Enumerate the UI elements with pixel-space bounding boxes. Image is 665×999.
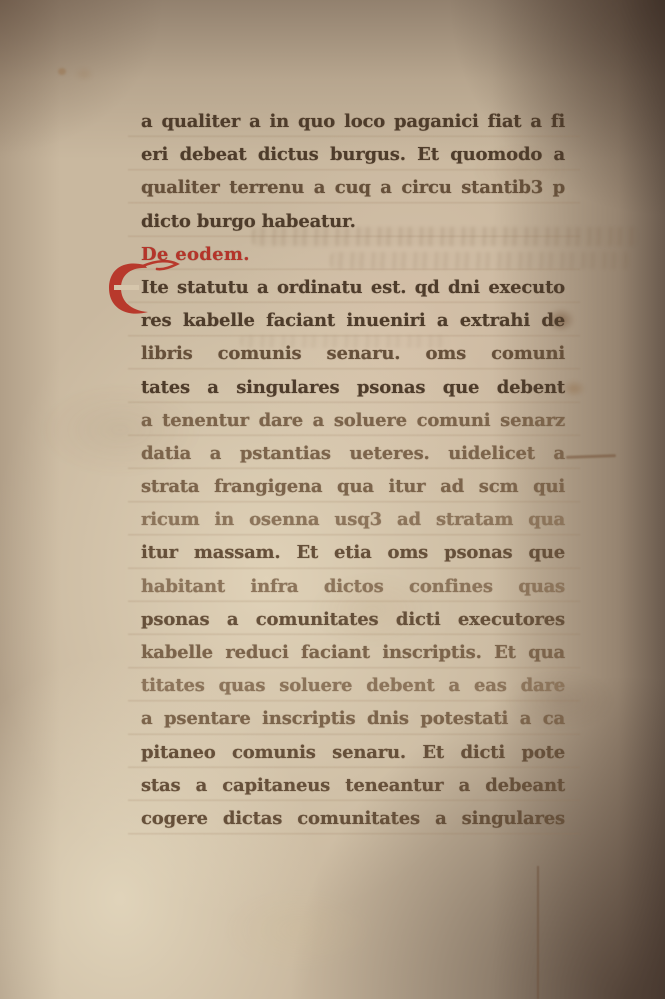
- manuscript-line: qualiter terrenu a cuq a circu stantib3 …: [141, 171, 565, 204]
- manuscript-line: itur massam. Et etia oms psonas que: [141, 536, 565, 569]
- manuscript-line: datia a pstantias ueteres. uidelicet a: [141, 437, 565, 470]
- manuscript-line: dicto burgo habeatur.: [141, 205, 565, 238]
- vertical-ruling-scratch: [537, 866, 539, 999]
- manuscript-line: kabelle reduci faciant inscriptis. Et qu…: [141, 636, 565, 669]
- manuscript-line: pitaneo comunis senaru. Et dicti pote: [141, 736, 565, 769]
- manuscript-photo: a qualiter a in quo loco paganici fiat a…: [0, 0, 665, 999]
- manuscript-line: tates a singulares psonas que debent: [141, 371, 565, 404]
- manuscript-line: psonas a comunitates dicti executores: [141, 603, 565, 636]
- rubric-line: De eodem.: [141, 238, 565, 271]
- manuscript-line: eri debeat dictus burgus. Et quomodo a: [141, 138, 565, 171]
- pen-scratch-mark: [566, 454, 616, 459]
- manuscript-line: libris comunis senaru. oms comuni: [141, 337, 565, 370]
- parchment-speck: [58, 68, 66, 75]
- manuscript-line: res kabelle faciant inueniri a extrahi d…: [141, 304, 565, 337]
- manuscript-line: habitant infra dictos confines quas: [141, 570, 565, 603]
- manuscript-line: a qualiter a in quo loco paganici fiat a…: [141, 105, 565, 138]
- manuscript-line: ricum in osenna usq3 ad stratam qua: [141, 503, 565, 536]
- manuscript-line: a psentare inscriptis dnis potestati a c…: [141, 702, 565, 735]
- text-block: a qualiter a in quo loco paganici fiat a…: [141, 105, 565, 835]
- manuscript-line: titates quas soluere debent a eas dare: [141, 669, 565, 702]
- ink-stain: [562, 380, 586, 397]
- manuscript-line: strata frangigena qua itur ad scm qui: [141, 470, 565, 503]
- manuscript-line: a tenentur dare a soluere comuni senarz: [141, 404, 565, 437]
- manuscript-line: stas a capitaneus teneantur a debeant: [141, 769, 565, 802]
- manuscript-line: Ite statutu a ordinatu est. qd dni execu…: [141, 271, 565, 304]
- manuscript-line: cogere dictas comunitates a singulares: [141, 802, 565, 835]
